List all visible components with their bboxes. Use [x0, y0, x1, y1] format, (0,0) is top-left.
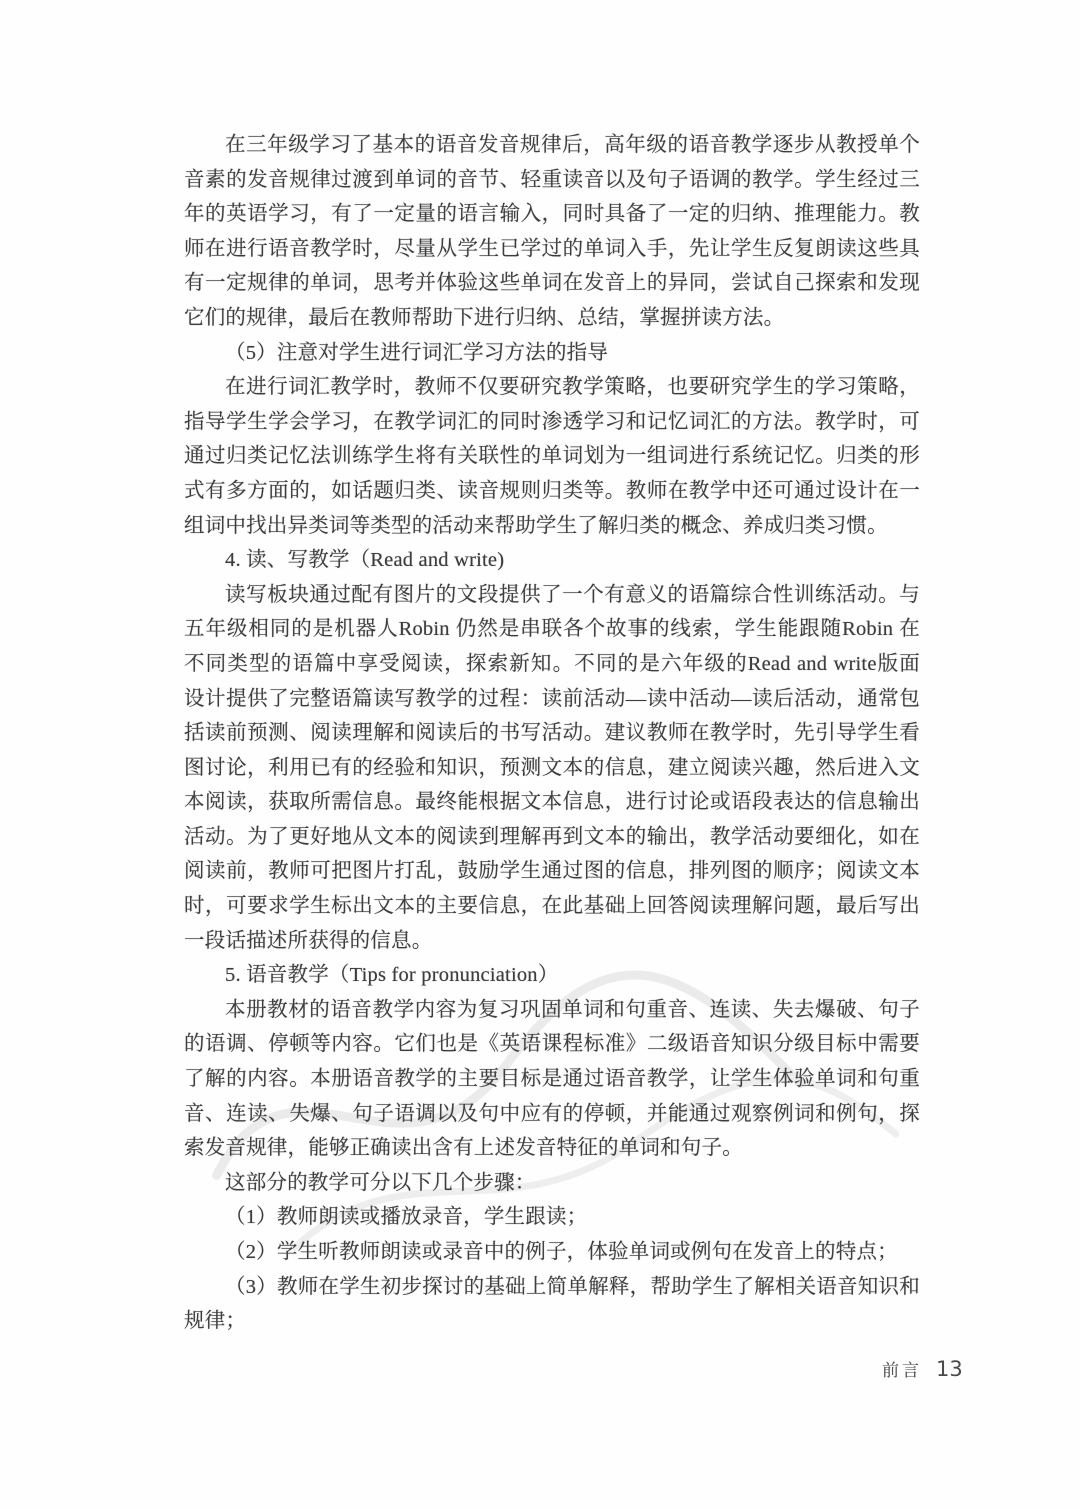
text-line: 的语调、停顿等内容。它们也是《英语课程标准》二级语音知识分级目标中需要	[184, 1027, 920, 1062]
text-line: 它们的规律，最后在教师帮助下进行归纳、总结，掌握拼读方法。	[184, 301, 920, 336]
footer-section-label: 前言	[882, 1356, 922, 1381]
text-line: 不同类型的语篇中享受阅读，探索新知。不同的是六年级的Read and write…	[184, 647, 920, 682]
text-line: 指导学生学会学习，在教学词汇的同时渗透学习和记忆词汇的方法。教学时，可	[184, 405, 920, 440]
text-line: 在进行词汇教学时，教师不仅要研究教学策略，也要研究学生的学习策略，	[184, 370, 920, 405]
text-line: 年的英语学习，有了一定量的语言输入，同时具备了一定的归纳、推理能力。教	[184, 197, 920, 232]
text-line: 规律；	[184, 1304, 920, 1339]
footer-page-number: 13	[936, 1357, 963, 1381]
text-line: （3）教师在学生初步探讨的基础上简单解释，帮助学生了解相关语音知识和	[184, 1270, 920, 1305]
text-line: 组词中找出异类词等类型的活动来帮助学生了解归类的概念、养成归类习惯。	[184, 509, 920, 544]
text-line: 了解的内容。本册语音教学的主要目标是通过语音教学，让学生体验单词和句重	[184, 1062, 920, 1097]
text-line: 一段话描述所获得的信息。	[184, 924, 920, 959]
text-line: 本册教材的语音教学内容为复习巩固单词和句重音、连读、失去爆破、句子	[184, 993, 920, 1028]
text-line: 在三年级学习了基本的语音发音规律后，高年级的语音教学逐步从教授单个	[184, 128, 920, 163]
text-line: 4. 读、写教学（Read and write)	[184, 543, 920, 578]
text-line: 5. 语音教学（Tips for pronunciation）	[184, 958, 920, 993]
text-line: 音素的发音规律过渡到单词的音节、轻重读音以及句子语调的教学。学生经过三	[184, 163, 920, 198]
text-line: 式有多方面的，如话题归类、读音规则归类等。教师在教学中还可通过设计在一	[184, 474, 920, 509]
text-line: 括读前预测、阅读理解和阅读后的书写活动。建议教师在教学时，先引导学生看	[184, 716, 920, 751]
text-line: 活动。为了更好地从文本的阅读到理解再到文本的输出，教学活动要细化，如在	[184, 820, 920, 855]
text-line: 有一定规律的单词，思考并体验这些单词在发音上的异同，尝试自己探索和发现	[184, 266, 920, 301]
text-line: 通过归类记忆法训练学生将有关联性的单词划为一组词进行系统记忆。归类的形	[184, 439, 920, 474]
text-line: 师在进行语音教学时，尽量从学生已学过的单词入手，先让学生反复朗读这些具	[184, 232, 920, 267]
text-line: （1）教师朗读或播放录音，学生跟读；	[184, 1200, 920, 1235]
text-line: 设计提供了完整语篇读写教学的过程：读前活动—读中活动—读后活动，通常包	[184, 682, 920, 717]
page-footer: 前言 13	[882, 1356, 963, 1381]
text-line: 五年级相同的是机器人Robin 仍然是串联各个故事的线索，学生能跟随Robin …	[184, 612, 920, 647]
text-line: 图讨论，利用已有的经验和知识，预测文本的信息，建立阅读兴趣，然后进入文	[184, 751, 920, 786]
text-line: 音、连读、失爆、句子语调以及句中应有的停顿，并能通过观察例词和例句，探	[184, 1097, 920, 1132]
page-text: 在三年级学习了基本的语音发音规律后，高年级的语音教学逐步从教授单个音素的发音规律…	[184, 128, 920, 1339]
text-line: 索发音规律，能够正确读出含有上述发音特征的单词和句子。	[184, 1131, 920, 1166]
text-line: 这部分的教学可分以下几个步骤：	[184, 1166, 920, 1201]
text-line: 本阅读，获取所需信息。最终能根据文本信息，进行讨论或语段表达的信息输出	[184, 785, 920, 820]
text-line: 时，可要求学生标出文本的主要信息，在此基础上回答阅读理解问题，最后写出	[184, 889, 920, 924]
text-line: 阅读前，教师可把图片打乱，鼓励学生通过图的信息，排列图的顺序；阅读文本	[184, 854, 920, 889]
document-page: 在三年级学习了基本的语音发音规律后，高年级的语音教学逐步从教授单个音素的发音规律…	[0, 0, 1080, 1509]
text-line: 读写板块通过配有图片的文段提供了一个有意义的语篇综合性训练活动。与	[184, 578, 920, 613]
text-line: （2）学生听教师朗读或录音中的例子，体验单词或例句在发音上的特点；	[184, 1235, 920, 1270]
text-line: （5）注意对学生进行词汇学习方法的指导	[184, 336, 920, 371]
